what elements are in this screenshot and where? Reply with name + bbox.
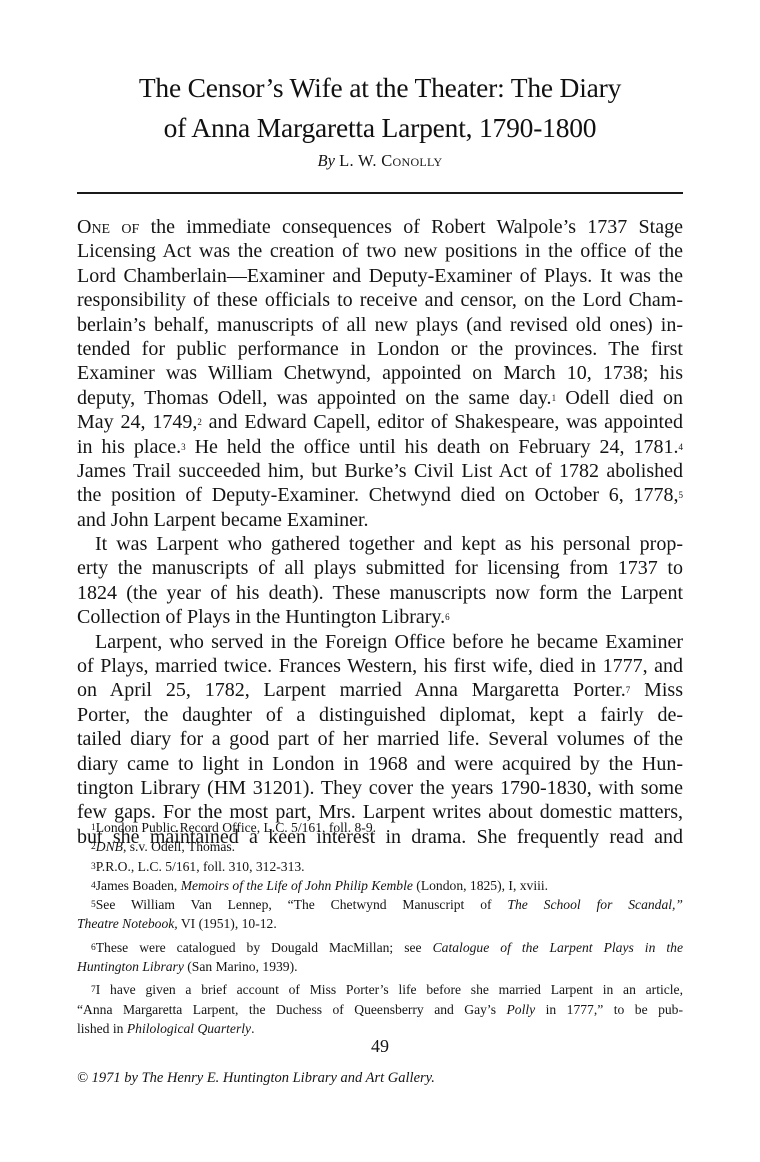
author-name: L. W. Conolly (339, 151, 442, 170)
footnote-ref-6[interactable]: 6 (445, 612, 450, 622)
article-title-line-2: of Anna Margaretta Larpent, 1790-1800 (77, 110, 683, 146)
footnote-5: 5See William Van Lennep, “The Chetwynd M… (77, 895, 683, 914)
body-line: the position of Deputy-Examiner. Chetwyn… (77, 483, 683, 507)
footnote-6-cont: Huntington Library (San Marino, 1939). (77, 957, 683, 976)
body-line: tailed diary for a good part of her marr… (77, 727, 683, 751)
footnote-4: 4James Boaden, Memoirs of the Life of Jo… (77, 876, 683, 895)
body-line: of Plays, married twice. Frances Western… (77, 654, 683, 678)
body-line: May 24, 1749,2 and Edward Capell, editor… (77, 410, 683, 434)
body-line: erty the manuscripts of all plays submit… (77, 556, 683, 580)
body-line: James Trail succeeded him, but Burke’s C… (77, 459, 683, 483)
footnote-ref-4[interactable]: 4 (679, 442, 684, 452)
body-line: Examiner was William Chetwynd, appointed… (77, 361, 683, 385)
byline-prefix: By (318, 151, 335, 170)
body-line: and John Larpent became Examiner. (77, 508, 683, 532)
footnote-ref-5[interactable]: 5 (679, 490, 684, 500)
body-line: Licensing Act was the creation of two ne… (77, 239, 683, 263)
footnote-7-cont: “Anna Margaretta Larpent, the Duchess of… (77, 1000, 683, 1019)
body-line: Larpent, who served in the Foreign Offic… (77, 630, 683, 654)
body-line: diary came to light in London in 1968 an… (77, 752, 683, 776)
footnote-3: 3P.R.O., L.C. 5/161, foll. 310, 312-313. (77, 857, 683, 876)
body-line: Collection of Plays in the Huntington Li… (77, 605, 683, 629)
article-body: One of the immediate consequences of Rob… (77, 215, 683, 849)
opening-smallcaps: One of (77, 216, 139, 238)
byline: By L. W. Conolly (77, 150, 683, 172)
body-line: in his place.3 He held the office until … (77, 435, 683, 459)
body-line: tington Library (HM 31201). They cover t… (77, 776, 683, 800)
footnote-5-cont: Theatre Notebook, VI (1951), 10-12. (77, 914, 683, 933)
body-line: deputy, Thomas Odell, was appointed on t… (77, 386, 683, 410)
title-rule-divider (77, 192, 683, 194)
body-line: tended for public performance in London … (77, 337, 683, 361)
body-line: responsibility of these officials to rec… (77, 288, 683, 312)
body-line: berlain’s behalf, manuscripts of all new… (77, 313, 683, 337)
footnote-6: 6These were catalogued by Dougald MacMil… (77, 938, 683, 957)
body-line: It was Larpent who gathered together and… (77, 532, 683, 556)
page-number: 49 (77, 1035, 683, 1057)
copyright-notice: © 1971 by The Henry E. Huntington Librar… (77, 1069, 683, 1087)
footnote-1: 1London Public Record Office, L.C. 5/161… (77, 818, 683, 837)
footnotes: 1London Public Record Office, L.C. 5/161… (77, 818, 683, 1038)
body-line: Porter, the daughter of a distinguished … (77, 703, 683, 727)
article-title-line-1: The Censor’s Wife at the Theater: The Di… (77, 70, 683, 106)
body-line: on April 25, 1782, Larpent married Anna … (77, 678, 683, 702)
body-line: One of the immediate consequences of Rob… (77, 215, 683, 239)
footnote-7: 7I have given a brief account of Miss Po… (77, 980, 683, 999)
body-line: Lord Chamberlain—Examiner and Deputy-Exa… (77, 264, 683, 288)
footnote-2: 2DNB, s.v. Odell, Thomas. (77, 837, 683, 856)
body-line: 1824 (the year of his death). These manu… (77, 581, 683, 605)
